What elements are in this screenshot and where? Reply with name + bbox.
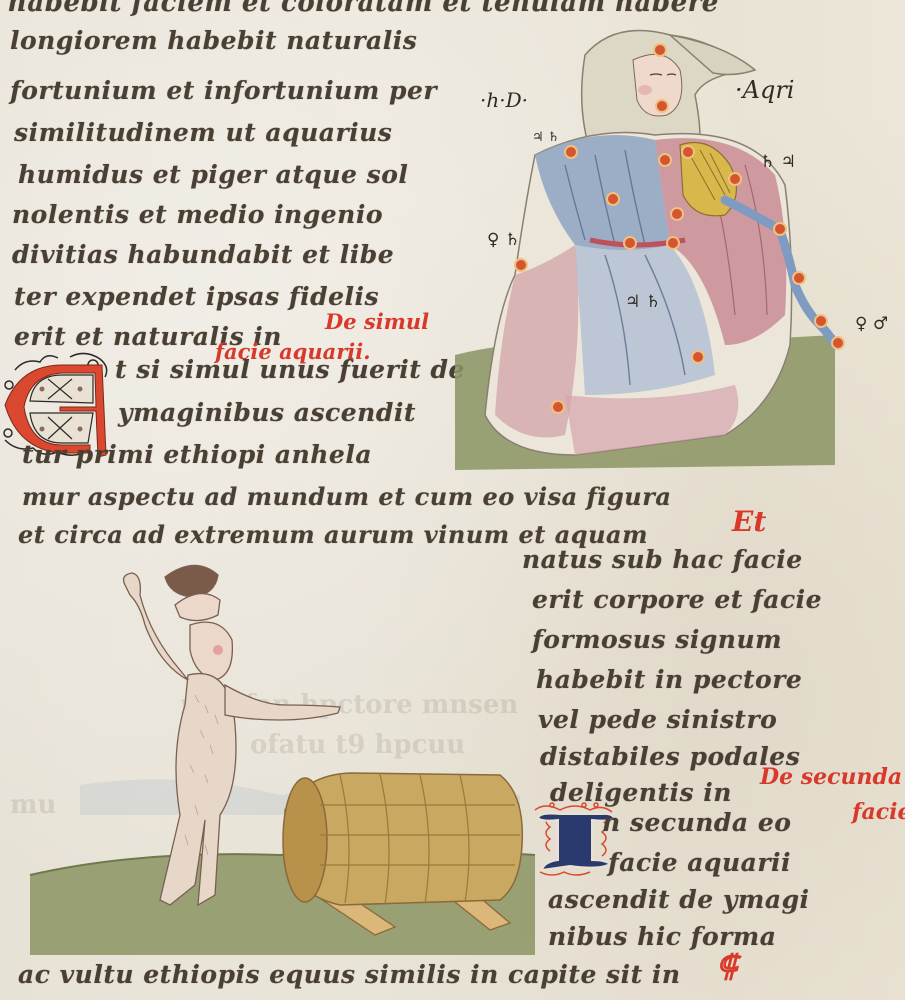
text-line: tur primi ethiopi anhela — [22, 440, 372, 470]
text-line: ter expendet ipsas fidelis — [14, 282, 379, 312]
text-line: longiorem habebit naturalis — [10, 26, 417, 56]
text-line: natus sub hac facie — [522, 545, 803, 575]
text-line: erit corpore et facie — [532, 585, 822, 615]
text-line: formosus signum — [532, 625, 782, 655]
rubric-paragraph-mark: Et — [732, 510, 766, 534]
text-line: ymaginibus ascendit — [118, 398, 416, 428]
wild-man-barrel-illustration — [20, 555, 540, 955]
text-line: mur aspectu ad mundum et cum eo visa fig… — [22, 482, 671, 512]
text-line: similitudinem ut aquarius — [14, 118, 392, 148]
manuscript-page: nuelfan hpctore mnsen ofatu t9 hpcuu mu … — [0, 0, 905, 1000]
rubric-heading: facie — [852, 800, 905, 824]
text-line: habebit in pectore — [536, 665, 802, 695]
text-line: facie aquarii — [608, 848, 791, 878]
constellation-label: ·h·D· — [480, 88, 528, 112]
text-line: divitias habundabit et libe — [12, 240, 394, 270]
text-line: nibus hic forma — [548, 922, 776, 952]
constellation-label: ·Aqri — [735, 76, 794, 104]
constellation-label: ♀ ♂ — [855, 314, 888, 334]
rubric-heading: De simul — [325, 310, 429, 334]
text-line: vel pede sinistro — [538, 705, 777, 735]
text-line: humidus et piger atque sol — [18, 160, 408, 190]
constellation-label: ♀ ♄ — [487, 230, 520, 250]
text-line: ac vultu ethiopis equus similis in capit… — [18, 960, 681, 990]
constellation-label: ♃ ♄ — [532, 130, 559, 145]
rubric-heading: De secunda — [760, 765, 902, 789]
rubric-paragraph-mark: ⸿ — [716, 955, 737, 979]
text-line: nolentis et medio ingenio — [12, 200, 383, 230]
text-line: ascendit de ymagi — [548, 885, 810, 915]
text-line: t si simul unus fuerit de — [115, 355, 465, 385]
constellation-label: ♃ ♄ — [625, 292, 661, 312]
text-line: n secunda eo — [602, 808, 791, 838]
text-line: fortunium et infortunium per — [10, 76, 437, 106]
constellation-label: ♄ ♃ — [760, 152, 796, 172]
